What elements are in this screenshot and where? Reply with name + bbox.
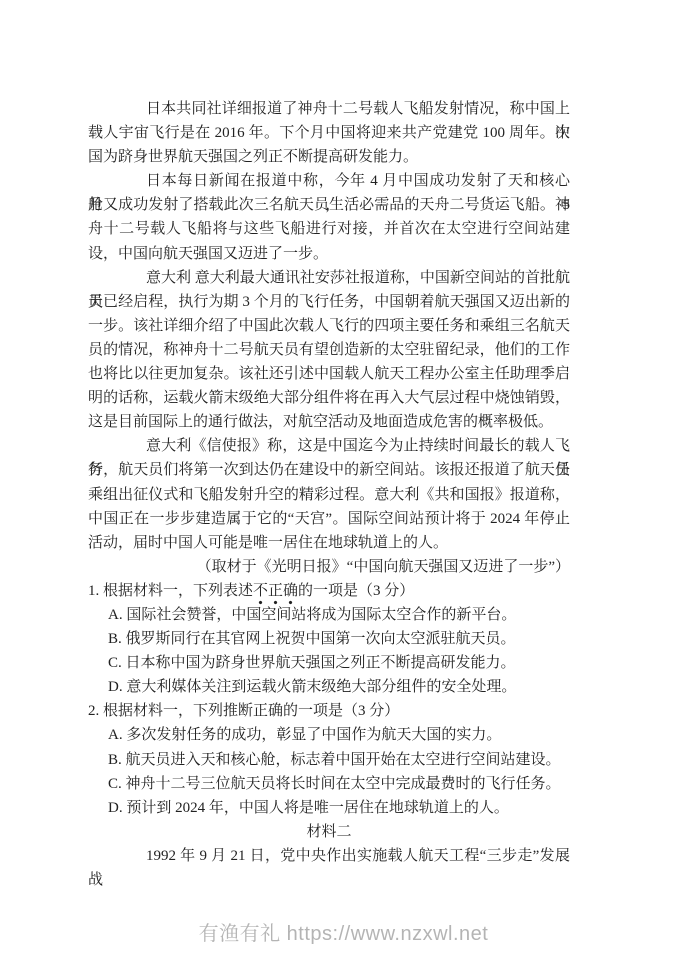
text-line: 一步。该社详细介绍了中国此次载人飞行的四项主要任务和乘组三名航天 [88, 314, 570, 338]
text-line: 日本每日新闻在报道中称，今年 4 月中国成功发射了天和核心舱，5 [88, 169, 570, 193]
text-line: 舟十二号载人飞船将与这些飞船进行对接，并首次在太空进行空间站建 [88, 217, 570, 241]
text-line: 载人宇宙飞行是在 2016 年。下个月中国将迎来共产党建党 100 周年。中 [88, 121, 570, 145]
text-line: 员的情况，称神舟十二号航天员有望创造新的太空驻留纪录，他们的工作 [88, 338, 570, 362]
scanned-exam-page: 日本共同社详细报道了神舟十二号载人飞船发射情况，称中国上一次载人宇宙飞行是在 2… [0, 0, 687, 971]
text-line: 活动，届时中国人可能是唯一居住在地球轨道上的人。 [88, 531, 570, 555]
watermark-footer: 有渔有礼 https://www.nzxwl.net [0, 917, 687, 946]
text-line: 员已经启程，执行为期 3 个月的飞行任务，中国朝着航天强国又迈出新的 [88, 290, 570, 314]
text-line: 月又成功发射了搭载此次三名航天员生活必需品的天舟二号货运飞船。神 [88, 193, 570, 217]
emphasis-text: 不正确 [253, 583, 298, 605]
text-line: 务，航天员们将第一次到达仍在建设中的新空间站。该报还报道了航天员 [88, 458, 570, 482]
text-line: 国为跻身世界航天强国之列正不断提高研发能力。 [88, 145, 570, 169]
text-segment: 1. 根据材料一，下列表述 [88, 583, 253, 599]
text-line: 1992 年 9 月 21 日，党中央作出实施载人航天工程“三步走”发展战 [88, 844, 570, 868]
question-1-option-b: B. 俄罗斯同行在其官网上祝贺中国第一次向太空派驻航天员。 [88, 627, 570, 651]
text-line: 乘组出征仪式和飞船发射升空的精彩过程。意大利《共和国报》报道称， [88, 483, 570, 507]
text-line: 意大利《信使报》称，这是中国迄今为止持续时间最长的载人飞行任 [88, 434, 570, 458]
text-line: 日本共同社详细报道了神舟十二号载人飞船发射情况，称中国上一次 [88, 97, 570, 121]
question-2-option-d: D. 预计到 2024 年，中国人将是唯一居住在地球轨道上的人。 [88, 796, 570, 820]
question-1-option-c: C. 日本称中国为跻身世界航天强国之列正不断提高研发能力。 [88, 651, 570, 675]
text-line: 中国正在一步步建造属于它的“天宫”。国际空间站预计将于 2024 年停止 [88, 507, 570, 531]
question-1-option-d: D. 意大利媒体关注到运载火箭末级绝大部分组件的安全处理。 [88, 675, 570, 699]
question-1: 1. 根据材料一，下列表述不正确的一项是（3 分） [88, 579, 570, 603]
text-line: （取材于《光明日报》“中国向航天强国又迈进了一步”） [88, 555, 570, 579]
document-body: 日本共同社详细报道了神舟十二号载人飞船发射情况，称中国上一次载人宇宙飞行是在 2… [88, 97, 570, 868]
text-line: 设，中国向航天强国又迈进了一步。 [88, 242, 570, 266]
text-line: 这是目前国际上的通行做法，对航空活动及地面造成危害的概率极低。 [88, 410, 570, 434]
text-line: 意大利 意大利最大通讯社安莎社报道称，中国新空间站的首批航天 [88, 266, 570, 290]
question-2: 2. 根据材料一，下列推断正确的一项是（3 分） [88, 699, 570, 723]
text-line: 明的话称，运载火箭末级绝大部分组件将在再入大气层过程中烧蚀销毁， [88, 386, 570, 410]
question-2-option-c: C. 神舟十二号三位航天员将长时间在太空中完成最费时的飞行任务。 [88, 772, 570, 796]
question-1-option-a: A. 国际社会赞誉，中国空间站将成为国际太空合作的新平台。 [88, 603, 570, 627]
section-heading-material-2: 材料二 [88, 820, 570, 844]
question-2-option-b: B. 航天员进入天和核心舱，标志着中国开始在太空进行空间站建设。 [88, 748, 570, 772]
text-line: 也将比以往更加复杂。该社还引述中国载人航天工程办公室主任助理季启 [88, 362, 570, 386]
question-2-option-a: A. 多次发射任务的成功，彰显了中国作为航天大国的实力。 [88, 723, 570, 747]
text-segment: 的一项是（3 分） [298, 583, 414, 599]
